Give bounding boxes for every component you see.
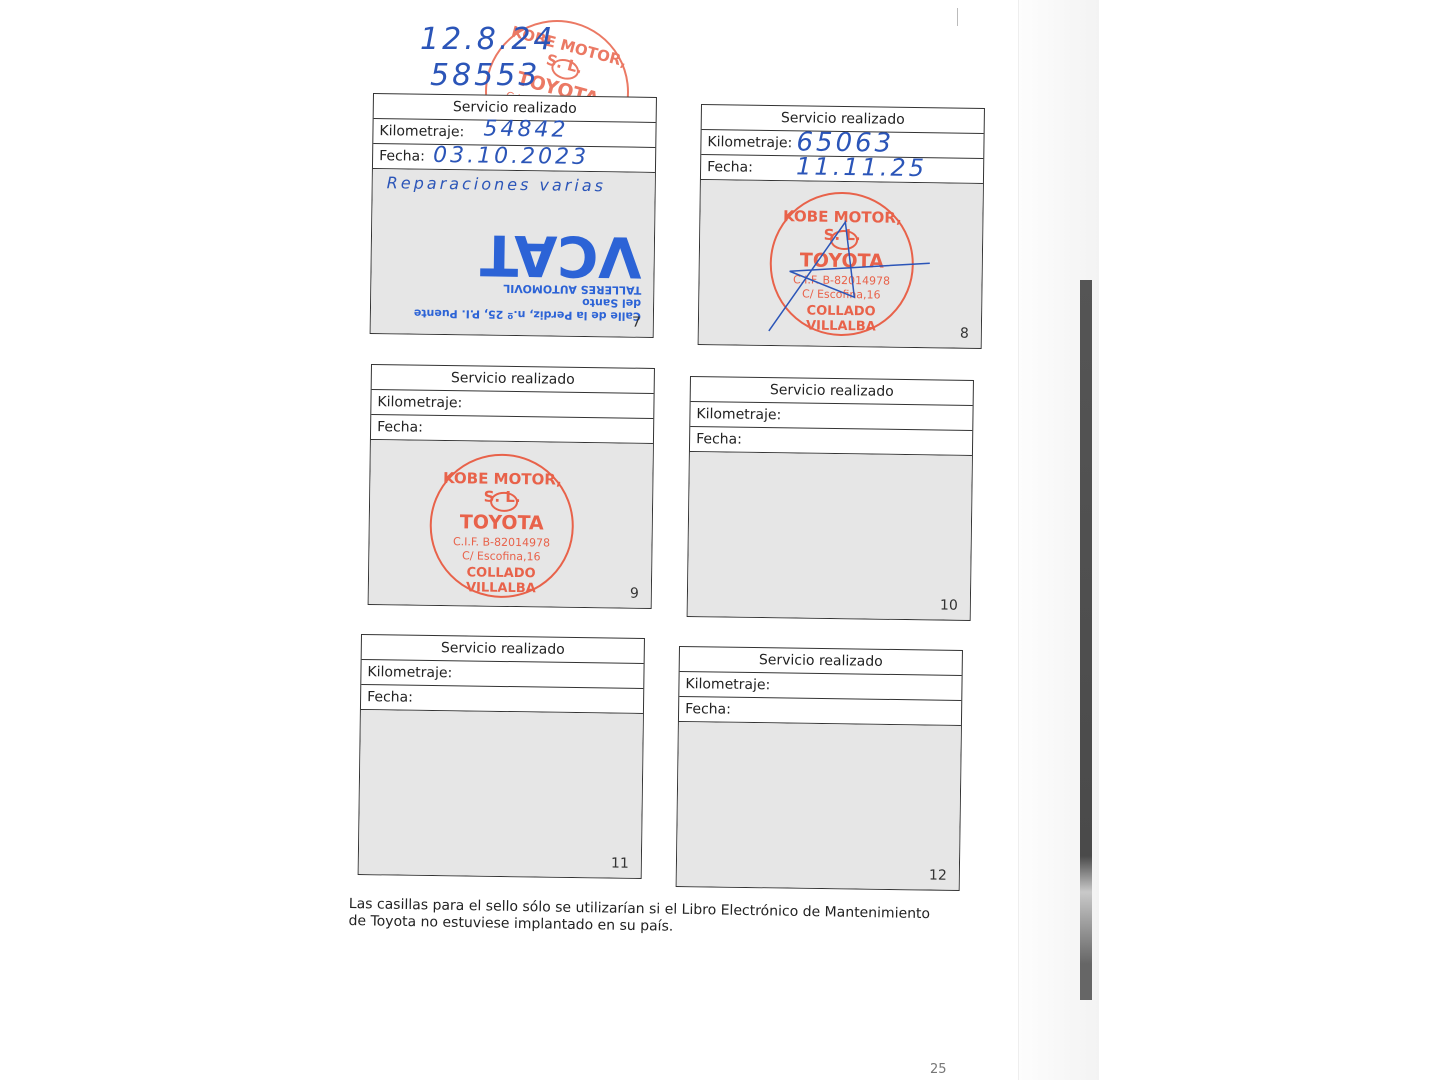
date-row: Fecha: 03.10.2023 — [373, 144, 655, 173]
service-box-9: Servicio realizado Kilometraje: Fecha: K… — [368, 364, 655, 609]
stamp-area: 10 — [688, 452, 972, 620]
box-number: 9 — [630, 586, 639, 602]
stamp-area: KOBE MOTOR, S. L. TOYOTA C.I.F. B-820149… — [369, 440, 653, 608]
workshop-stamp: Calle de la Perdiz, n.º 25, P.I. Puente … — [401, 199, 643, 322]
box-number: 10 — [940, 598, 958, 614]
handwritten-km-top: 58553 — [430, 58, 540, 93]
stamp-area: KOBE MOTOR, S. L. TOYOTA C.I.F. B-820149… — [699, 180, 983, 348]
footnote: Las casillas para el sello sólo se utili… — [348, 896, 949, 940]
km-value: 54842 — [483, 117, 568, 143]
service-box-8: Servicio realizado Kilometraje: 65063 Fe… — [698, 104, 985, 349]
service-box-11: Servicio realizado Kilometraje: Fecha: 1… — [358, 634, 645, 879]
dealer-stamp: KOBE MOTOR, S. L. TOYOTA C.I.F. B-820149… — [429, 453, 575, 599]
handwritten-date-top: 12.8.24 — [420, 22, 556, 57]
page-number: 25 — [930, 1062, 947, 1077]
box-title: Servicio realizado — [372, 365, 654, 394]
box-title: Servicio realizado — [362, 635, 644, 664]
date-row: Fecha: — [371, 415, 653, 444]
service-box-12: Servicio realizado Kilometraje: Fecha: 1… — [676, 646, 963, 891]
date-row: Fecha: — [679, 697, 961, 726]
date-row: Fecha: — [690, 427, 972, 456]
box-number: 8 — [960, 326, 969, 342]
box-title: Servicio realizado — [680, 647, 962, 676]
date-value: 11.11.25 — [796, 152, 927, 182]
box-number: 12 — [929, 868, 947, 884]
box-number: 11 — [611, 856, 629, 872]
box-title: Servicio realizado — [691, 377, 973, 406]
service-box-10: Servicio realizado Kilometraje: Fecha: 1… — [687, 376, 974, 621]
date-value: 03.10.2023 — [433, 143, 589, 170]
stamp-area: Reparaciones varias Calle de la Perdiz, … — [371, 169, 655, 337]
stamp-area: 11 — [359, 710, 643, 878]
date-row: Fecha: — [361, 685, 643, 714]
km-row: Kilometraje: — [690, 402, 972, 431]
km-row: Kilometraje: — [371, 390, 653, 419]
scan-mark — [957, 8, 958, 26]
toyota-logo-icon — [490, 492, 518, 512]
book-cover-edge — [1080, 280, 1092, 1000]
stamp-area: 12 — [677, 722, 961, 890]
service-box-7: Servicio realizado Kilometraje: 54842 Fe… — [370, 93, 657, 338]
handwritten-note: Reparaciones varias — [387, 173, 606, 195]
signature — [759, 201, 941, 343]
box-number: 7 — [632, 315, 641, 331]
km-row: Kilometraje: — [679, 672, 961, 701]
date-row: Fecha: 11.11.25 — [701, 155, 983, 184]
km-row: Kilometraje: — [361, 660, 643, 689]
